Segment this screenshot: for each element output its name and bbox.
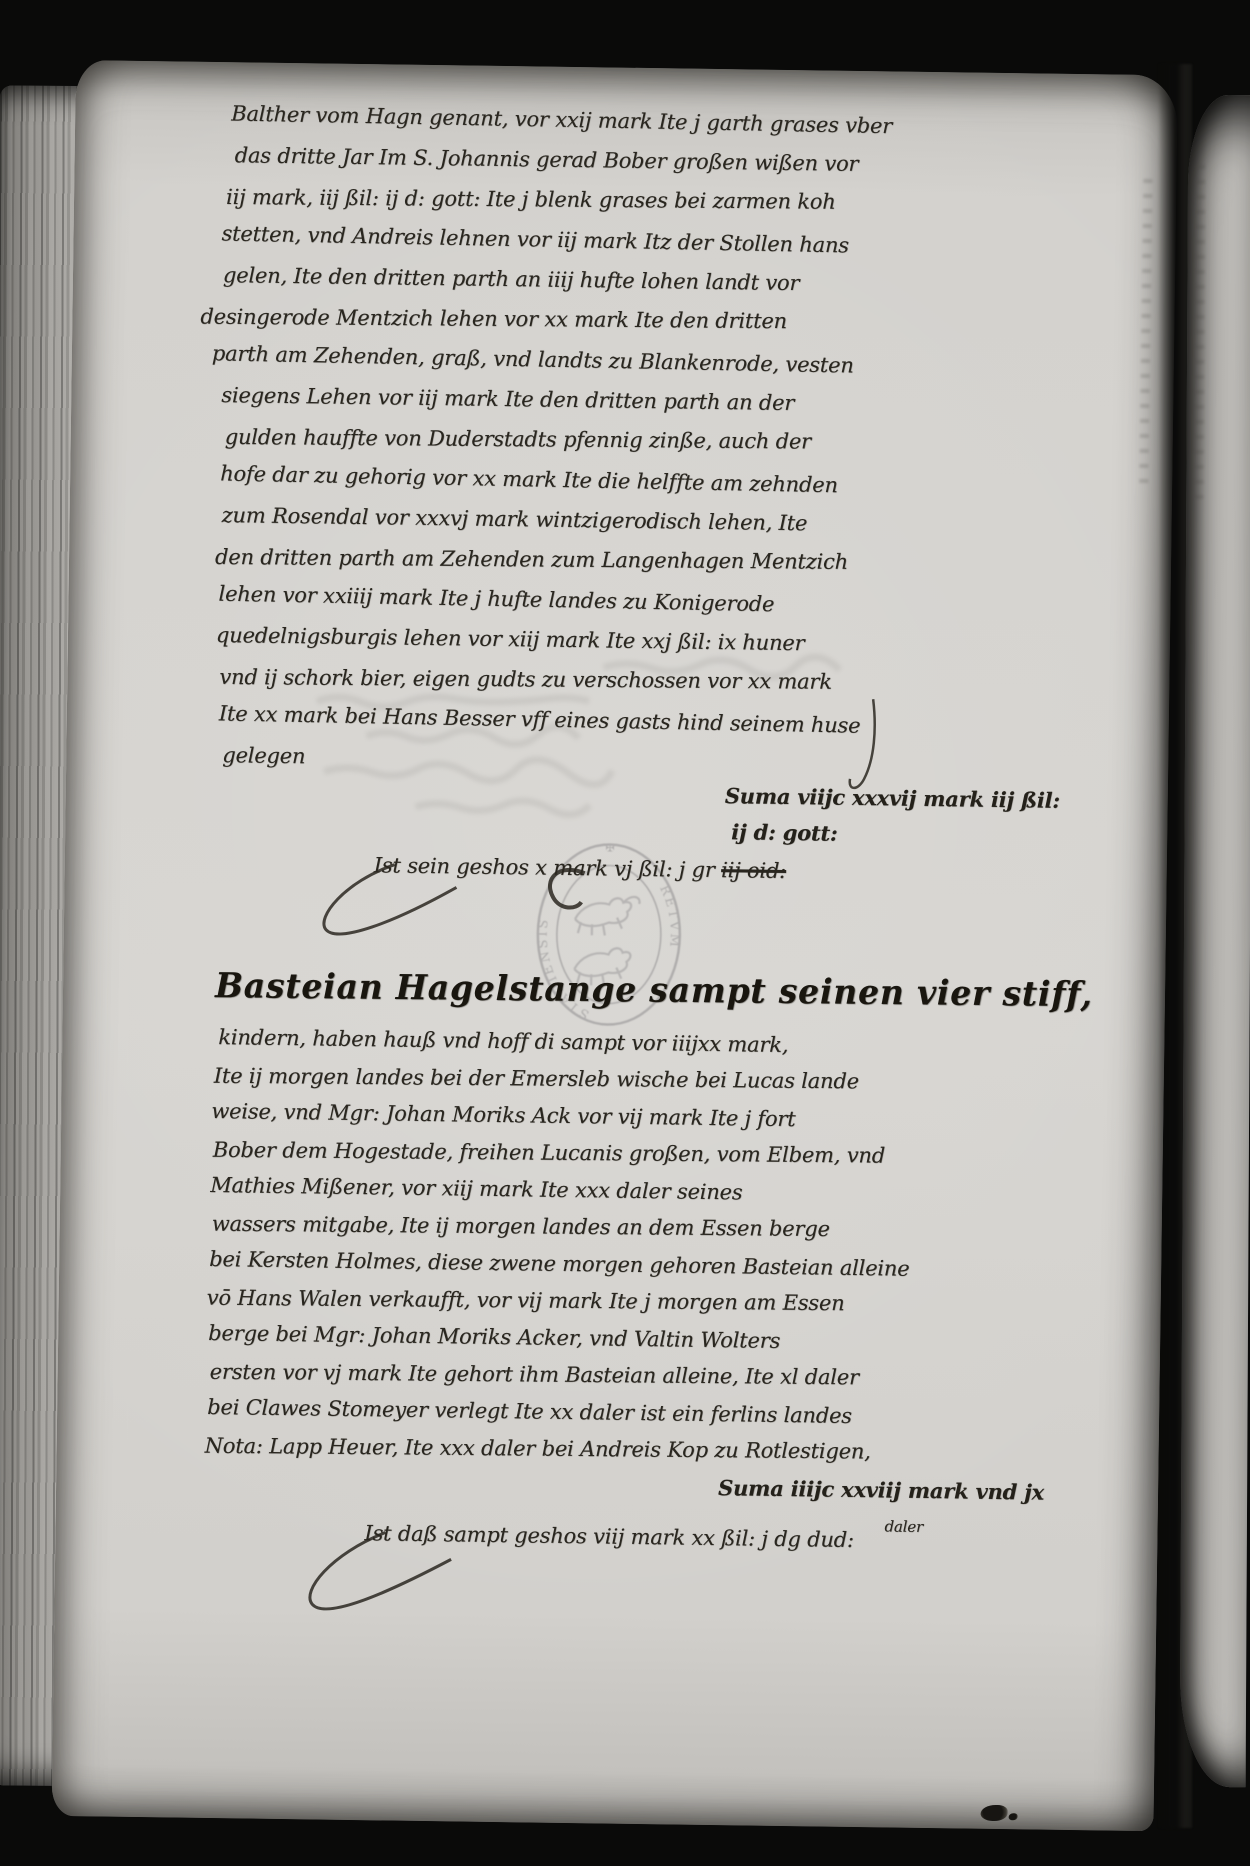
handwriting-line: zum Rosendal vor xxxvj mark wintzigerodi… <box>221 500 807 538</box>
handwriting-line: Balther vom Hagn genant, vor xxij mark I… <box>231 98 892 141</box>
bleedthrough-column <box>1194 165 1205 505</box>
book-scan: STADIENSIS RETVM ✠ Balthe <box>0 0 1250 1866</box>
handwriting-line: hofe dar zu gehorig vor xx mark Ite die … <box>220 458 838 500</box>
ink-blot <box>981 1805 1008 1821</box>
handwriting-line: desingerode Mentzich lehen vor xx mark I… <box>200 302 787 337</box>
inserted-word: daler <box>884 1511 923 1542</box>
handwriting-line: parth am Zehenden, graß, vnd landts zu B… <box>212 338 854 380</box>
handwriting-line: bei Clawes Stomeyer verlegt Ite xx daler… <box>207 1392 852 1431</box>
handwriting-line: bei Kersten Holmes, diese zwene morgen g… <box>209 1244 910 1284</box>
handwriting-line: kindern, haben hauß vnd hoff di sampt vo… <box>218 1022 788 1060</box>
handwriting-line: Mathies Mißener, vor xiij mark Ite xxx d… <box>210 1170 743 1207</box>
bleedthrough-column <box>1139 179 1152 489</box>
suma-line-1: Suma viijc xxxvij mark iij ßil: <box>725 781 1061 816</box>
handwriting-line: wassers mitgabe, Ite ij morgen landes an… <box>212 1209 830 1244</box>
handwriting-line: iij mark, iij ßil: ij d: gott: Ite j ble… <box>226 182 836 217</box>
section-heading: Basteian Hagelstange sampt seinen vier s… <box>215 965 1093 1015</box>
page-content: STADIENSIS RETVM ✠ Balthe <box>51 60 1177 1831</box>
handwriting-line: berge bei Mgr: Johan Moriks Acker, vnd V… <box>208 1318 780 1356</box>
handwriting-line: vnd ij schork bier, eigen gudts zu versc… <box>219 662 832 697</box>
handwriting-line: weise, vnd Mgr: Johan Moriks Ack vor vij… <box>211 1096 796 1134</box>
handwriting-line: Ite ij morgen landes bei der Emersleb wi… <box>214 1061 859 1097</box>
geschoss-line-2: Ist daß sampt geshos viij mark xx ßil: j… <box>364 1518 854 1555</box>
handwriting-line: lehen vor xxiiij mark Ite j hufte landes… <box>218 579 774 620</box>
geschoss-text: Ist sein geshos x mark vj ßil: j gr <box>374 853 715 882</box>
struck-amount: iij oid: <box>721 858 786 883</box>
paragraph-2: kindern, haben hauß vnd hoff di sampt vo… <box>76 60 1178 75</box>
stamp-lion-upper <box>575 896 640 936</box>
handwriting-line: gelen, Ite den dritten parth an iiij huf… <box>223 260 800 298</box>
handwriting-line: stetten, vnd Andreis lehnen vor iij mark… <box>221 218 849 260</box>
handwriting-line: gulden hauffte von Duderstadts pfennig z… <box>225 422 811 457</box>
handwriting-line: den dritten parth am Zehenden zum Langen… <box>215 542 848 577</box>
handwriting-line: gelegen <box>222 740 305 771</box>
paragraph-1: Balther vom Hagn genant, vor xxij mark I… <box>76 60 1178 75</box>
facing-page-edge <box>1180 95 1250 1787</box>
manuscript-page: STADIENSIS RETVM ✠ Balthe <box>51 60 1177 1831</box>
suma-line-1b: ij d: gott: <box>731 817 838 848</box>
handwriting-line: Nota: Lapp Heuer, Ite xxx daler bei Andr… <box>205 1431 871 1467</box>
handwriting-line: Ite xx mark bei Hans Besser vff eines ga… <box>219 698 861 740</box>
suma-line-2: Suma iiijc xxviij mark vnd jx <box>718 1473 1044 1508</box>
handwriting-line: ersten vor vj mark Ite gehort ihm Bastei… <box>210 1357 859 1393</box>
geschoss-line-1: Ist sein geshos x mark vj ßil: j gr iij … <box>374 850 787 886</box>
handwriting-line: quedelnigsburgis lehen vor xiij mark Ite… <box>216 620 805 658</box>
handwriting-line: das dritte Jar Im S. Johannis gerad Bobe… <box>234 140 858 179</box>
ink-blot <box>1009 1813 1018 1820</box>
handwriting-line: siegens Lehen vor iij mark Ite den dritt… <box>221 380 794 418</box>
handwriting-line: vō Hans Walen verkaufft, vor vij mark It… <box>207 1283 845 1319</box>
handwriting-line: Bober dem Hogestade, freihen Lucanis gro… <box>213 1135 885 1171</box>
